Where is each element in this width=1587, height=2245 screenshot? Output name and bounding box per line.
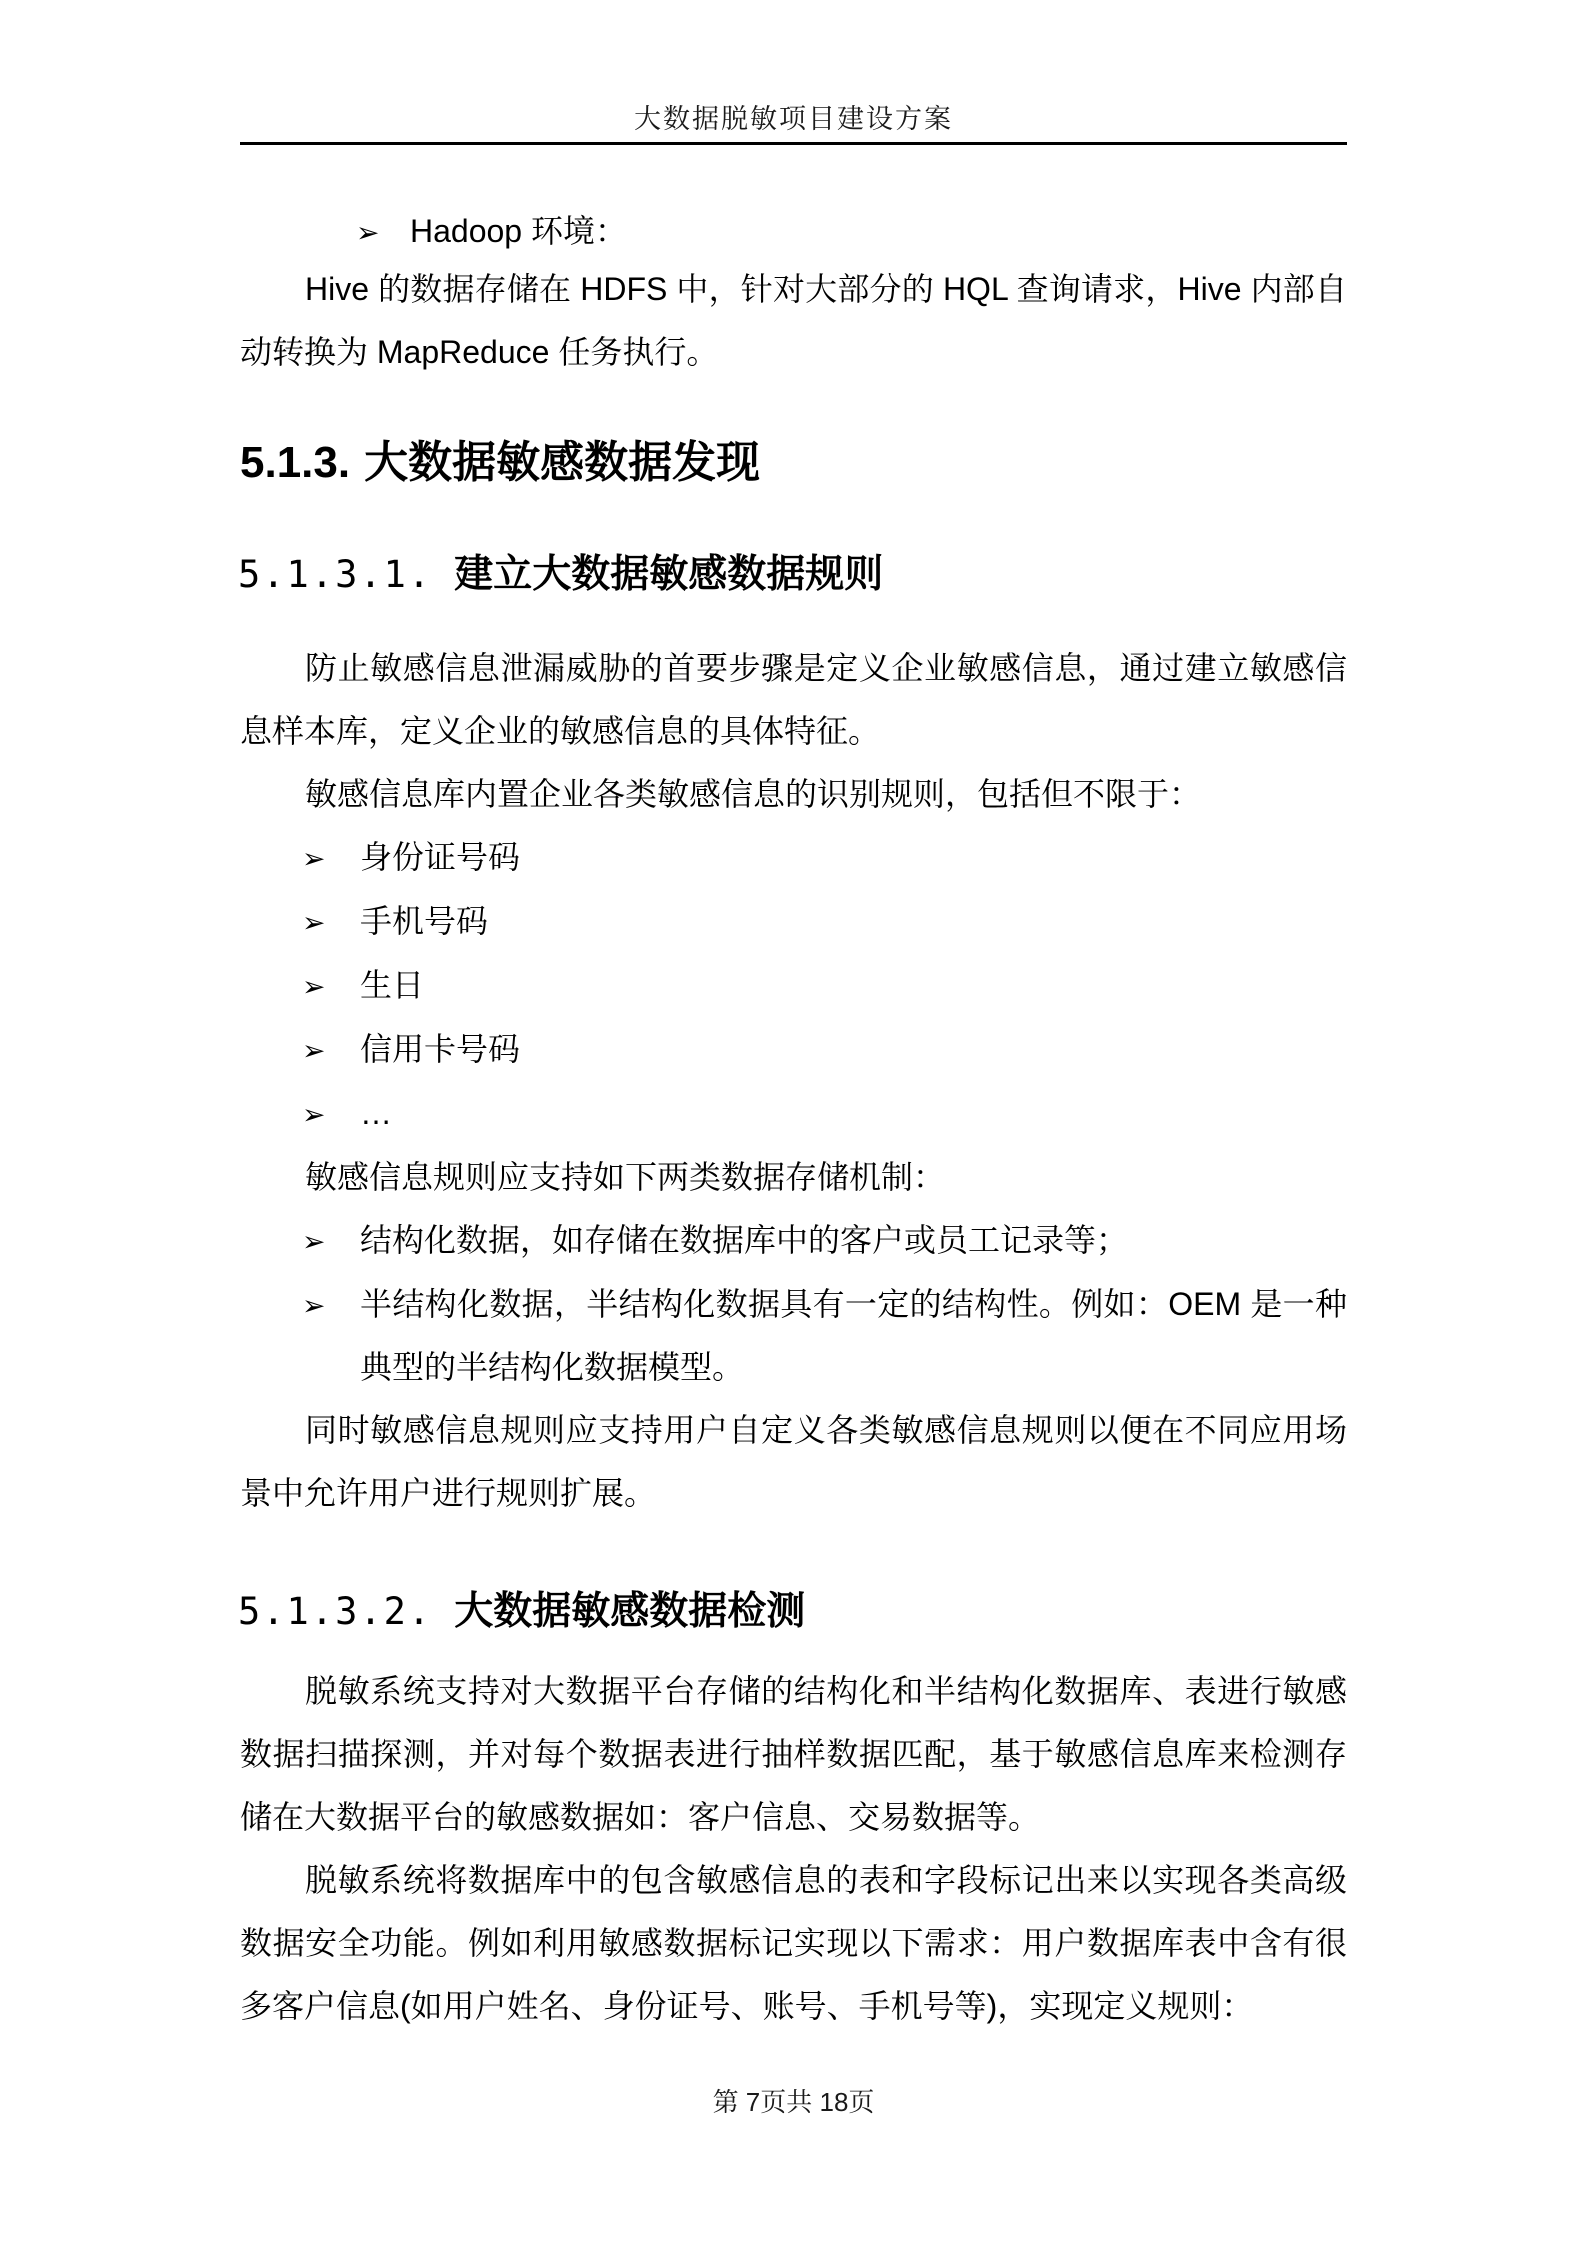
list-item: ➢ 半结构化数据，半结构化数据具有一定的结构性。例如：OEM 是一种典型的半结构… bbox=[240, 1273, 1347, 1399]
list-item-label: 身份证号码 bbox=[360, 826, 1347, 889]
paragraph-custom-rules: 同时敏感信息规则应支持用户自定义各类敏感信息规则以便在不同应用场景中允许用户进行… bbox=[240, 1399, 1347, 1525]
page-number: 第 7页共 18页 bbox=[713, 2087, 875, 2117]
paragraph-detect-scan: 脱敏系统支持对大数据平台存储的结构化和半结构化数据库、表进行敏感数据扫描探测，并… bbox=[240, 1660, 1347, 1849]
list-item-label: 信用卡号码 bbox=[360, 1018, 1347, 1081]
document-title: 大数据脱敏项目建设方案 bbox=[634, 97, 953, 136]
list-item: ➢ 信用卡号码 bbox=[240, 1018, 1347, 1082]
list-item-label: 结构化数据，如存储在数据库中的客户或员工记录等； bbox=[360, 1209, 1347, 1272]
arrow-bullet-icon: ➢ bbox=[302, 1274, 360, 1337]
arrow-bullet-icon: ➢ bbox=[302, 1019, 360, 1082]
list-item-label: Hadoop 环境： bbox=[410, 200, 627, 263]
document-page: 大数据脱敏项目建设方案 ➢ Hadoop 环境： Hive 的数据存储在 HDF… bbox=[0, 0, 1587, 2245]
arrow-bullet-icon: ➢ bbox=[302, 955, 360, 1018]
list-item: ➢ 手机号码 bbox=[240, 890, 1347, 954]
heading-title: 建立大数据敏感数据规则 bbox=[454, 553, 883, 596]
heading-5-1-3-2: 5.1.3.2.大数据敏感数据检测 bbox=[238, 1580, 1347, 1636]
paragraph-hive: Hive 的数据存储在 HDFS 中，针对大部分的 HQL 查询请求，Hive … bbox=[240, 258, 1347, 384]
arrow-bullet-icon: ➢ bbox=[302, 891, 360, 954]
heading-number: 5.1.3. bbox=[240, 438, 350, 487]
paragraph-rules-intro: 敏感信息库内置企业各类敏感信息的识别规则，包括但不限于： bbox=[240, 763, 1347, 826]
list-item-label: 生日 bbox=[360, 954, 1347, 1017]
heading-5-1-3-1: 5.1.3.1.建立大数据敏感数据规则 bbox=[238, 543, 1347, 599]
list-item: ➢ 生日 bbox=[240, 954, 1347, 1018]
paragraph-detect-mark: 脱敏系统将数据库中的包含敏感信息的表和字段标记出来以实现各类高级数据安全功能。例… bbox=[240, 1849, 1347, 2038]
list-item-hadoop: ➢ Hadoop 环境： bbox=[240, 200, 1347, 264]
list-item-label: 半结构化数据，半结构化数据具有一定的结构性。例如：OEM 是一种典型的半结构化数… bbox=[360, 1273, 1347, 1399]
arrow-bullet-icon: ➢ bbox=[302, 1210, 360, 1273]
storage-list: ➢ 结构化数据，如存储在数据库中的客户或员工记录等； ➢ 半结构化数据，半结构化… bbox=[240, 1209, 1347, 1399]
page-footer: 第 7页共 18页 bbox=[0, 2082, 1587, 2119]
list-item: ➢ 结构化数据，如存储在数据库中的客户或员工记录等； bbox=[240, 1209, 1347, 1273]
heading-number: 5.1.3.2. bbox=[238, 1590, 432, 1633]
paragraph-prevent: 防止敏感信息泄漏威胁的首要步骤是定义企业敏感信息，通过建立敏感信息样本库，定义企… bbox=[240, 637, 1347, 763]
heading-title: 大数据敏感数据检测 bbox=[454, 1590, 805, 1633]
heading-title: 大数据敏感数据发现 bbox=[364, 438, 760, 487]
arrow-bullet-icon: ➢ bbox=[356, 201, 410, 264]
rule-list: ➢ 身份证号码 ➢ 手机号码 ➢ 生日 ➢ 信用卡号码 ➢ … bbox=[240, 826, 1347, 1146]
page-header: 大数据脱敏项目建设方案 bbox=[240, 0, 1347, 145]
list-item-label: … bbox=[360, 1082, 1347, 1145]
arrow-bullet-icon: ➢ bbox=[302, 827, 360, 890]
list-item: ➢ 身份证号码 bbox=[240, 826, 1347, 890]
heading-5-1-3: 5.1.3.大数据敏感数据发现 bbox=[240, 426, 1347, 490]
list-item-label: 手机号码 bbox=[360, 890, 1347, 953]
heading-number: 5.1.3.1. bbox=[238, 553, 432, 596]
paragraph-storage-intro: 敏感信息规则应支持如下两类数据存储机制： bbox=[240, 1146, 1347, 1209]
section-rules: 防止敏感信息泄漏威胁的首要步骤是定义企业敏感信息，通过建立敏感信息样本库，定义企… bbox=[240, 637, 1347, 1525]
list-item: ➢ … bbox=[240, 1082, 1347, 1146]
section-detect: 脱敏系统支持对大数据平台存储的结构化和半结构化数据库、表进行敏感数据扫描探测，并… bbox=[240, 1660, 1347, 2038]
arrow-bullet-icon: ➢ bbox=[302, 1083, 360, 1146]
